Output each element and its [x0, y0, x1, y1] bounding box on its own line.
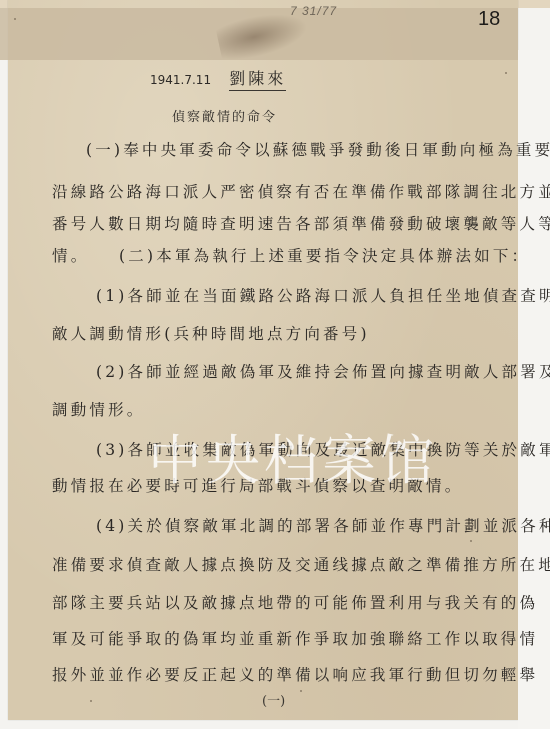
body-line: (1)各師並在当面鐵路公路海口派人負担任坐地偵查查明 — [96, 284, 550, 306]
page-footer-mark: (一) — [262, 690, 285, 709]
body-line: (一)奉中央軍委命令以蘇德戰爭發動後日軍動向極為重要在 — [86, 138, 550, 160]
body-line: 番号人數日期均隨時查明速告各部須準備發動破壞襲敵等人等 — [52, 212, 550, 234]
body-line: 軍及可能爭取的偽軍均並重新作爭取加強聯絡工作以取得情 — [52, 627, 538, 649]
document-title: 偵察敵情的命令 — [172, 106, 277, 125]
body-line: 調動情形。 — [52, 398, 146, 420]
body-line: 报外並並作必要反正起义的準備以响应我軍行動但切勿輕舉 — [52, 663, 538, 685]
page-number: 18 — [478, 8, 500, 31]
body-line: (2)各師並經過敵偽軍及維持会佈置向據查明敵人部署及 — [96, 360, 550, 382]
document-date: 1941.7.11 — [150, 73, 211, 87]
body-line: 准備要求偵查敵人據点換防及交通线據点敵之準備推方所在地、 — [52, 553, 550, 575]
body-line: 情。 (二)本軍為執行上述重要指令決定具体辦法如下： — [52, 244, 530, 266]
body-line: 沿線路公路海口派人严密偵察有否在準備作戰部隊調往北方並將 — [52, 180, 550, 202]
document-author: 劉陳來 — [229, 69, 286, 91]
body-line: 敵人調動情形(兵种時間地点方向番号) — [52, 322, 370, 344]
archive-watermark: 中央档案馆 — [148, 418, 438, 495]
body-line: 部隊主要兵站以及敵據点地帶的可能佈置利用与我关有的偽 — [52, 591, 538, 613]
archive-pencil-note: 7 31/77 — [290, 4, 337, 18]
document-header: 1941.7.11 劉陳來 — [150, 66, 286, 89]
body-line: (4)关於偵察敵軍北調的部署各師並作專門計劃並派各种 — [96, 514, 550, 536]
